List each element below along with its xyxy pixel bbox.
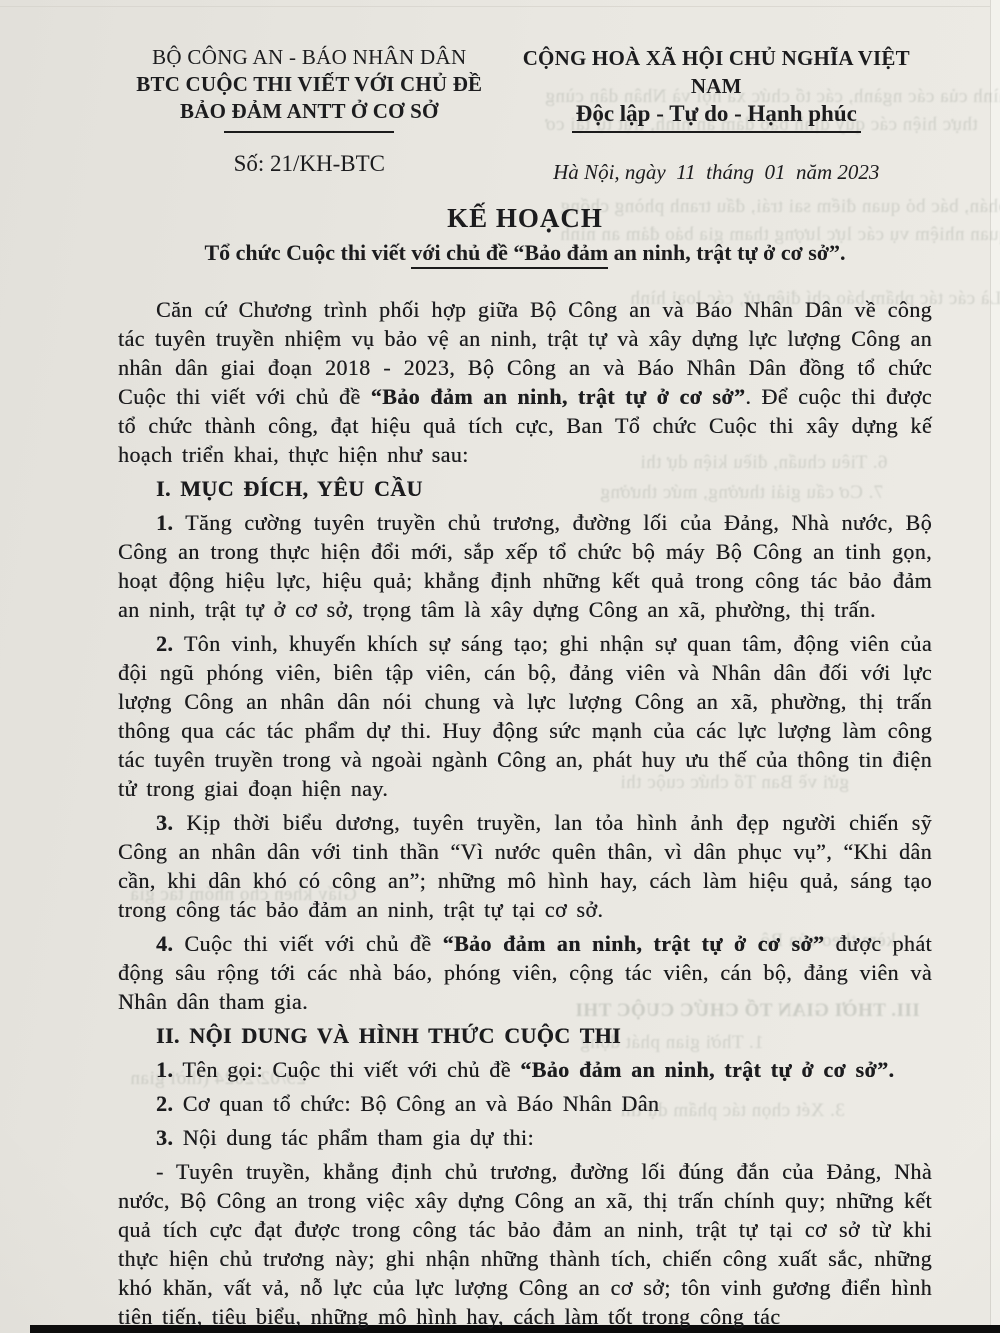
org-name-line1: BỘ CÔNG AN - BÁO NHÂN DÂN bbox=[118, 44, 501, 71]
item-text: Tăng cường tuyên truyền chủ trương, đườn… bbox=[118, 510, 932, 622]
section1-item4: 4. Cuộc thi viết với chủ đề “Bảo đảm an … bbox=[118, 929, 932, 1016]
org-name-line2: BTC CUỘC THI VIẾT VỚI CHỦ ĐỀ bbox=[118, 71, 501, 98]
document-header: BỘ CÔNG AN - BÁO NHÂN DÂN BTC CUỘC THI V… bbox=[118, 44, 932, 185]
item-text: Cơ quan tổ chức: Bộ Công an và Báo Nhân … bbox=[173, 1091, 659, 1116]
item-number: 1. bbox=[156, 510, 173, 535]
item-number: 2. bbox=[156, 631, 173, 656]
national-motto: Độc lập - Tự do - Hạnh phúc bbox=[572, 100, 861, 133]
item-number: 3. bbox=[156, 810, 173, 835]
item-number: 4. bbox=[156, 931, 173, 956]
section2-heading: II. NỘI DUNG VÀ HÌNH THỨC CUỘC THI bbox=[118, 1021, 932, 1050]
item-text: Tên gọi: Cuộc thi viết với chủ đề bbox=[173, 1057, 520, 1082]
org-divider-rule bbox=[224, 131, 394, 133]
item-bold-theme: “Bảo đảm an ninh, trật tự ở cơ sở”. bbox=[520, 1057, 894, 1082]
item-text: Tôn vinh, khuyến khích sự sáng tạo; ghi … bbox=[118, 631, 932, 801]
section2-bullet1: - Tuyên truyền, khẳng định chủ trương, đ… bbox=[118, 1157, 932, 1331]
section2-item3: 3. Nội dung tác phẩm tham gia dự thi: bbox=[118, 1123, 932, 1152]
subtitle-post: an ninh, trật tự ở cơ sở”. bbox=[608, 240, 845, 265]
subtitle-pre: Tổ chức Cuộc thi viết bbox=[204, 240, 411, 265]
item-number: 1. bbox=[156, 1057, 173, 1082]
item-bold-theme: “Bảo đảm an ninh, trật tự ở cơ sở” bbox=[443, 931, 825, 956]
issuing-org-block: BỘ CÔNG AN - BÁO NHÂN DÂN BTC CUỘC THI V… bbox=[118, 44, 501, 185]
document-title: KẾ HOẠCH bbox=[118, 201, 932, 235]
item-number: 3. bbox=[156, 1125, 173, 1150]
item-number: 2. bbox=[156, 1091, 173, 1116]
item-text: Cuộc thi viết với chủ đề bbox=[173, 931, 442, 956]
section2-item1: 1. Tên gọi: Cuộc thi viết với chủ đề “Bả… bbox=[118, 1055, 932, 1084]
document-subtitle: Tổ chức Cuộc thi viết với chủ đề “Bảo đả… bbox=[118, 237, 932, 269]
national-title: CỘNG HOÀ XÃ HỘI CHỦ NGHĨA VIỆT NAM bbox=[501, 44, 932, 100]
national-motto-block: CỘNG HOÀ XÃ HỘI CHỦ NGHĨA VIỆT NAM Độc l… bbox=[501, 44, 932, 185]
scanned-document-page: tình hình của các ngành, các tổ chức xã … bbox=[0, 0, 1000, 1333]
scan-top-edge bbox=[0, 6, 1000, 7]
intro-paragraph: Căn cứ Chương trình phối hợp giữa Bộ Côn… bbox=[118, 295, 932, 469]
subtitle-underlined-segment: với chủ đề “Bảo đảm bbox=[411, 240, 608, 269]
intro-bold-theme: “Bảo đảm an ninh, trật tự ở cơ sở” bbox=[371, 384, 746, 409]
title-block: KẾ HOẠCH Tổ chức Cuộc thi viết với chủ đ… bbox=[118, 201, 932, 269]
item-text: Kịp thời biểu dương, tuyên truyền, lan t… bbox=[118, 810, 932, 922]
section1-heading: I. MỤC ĐÍCH, YÊU CẦU bbox=[118, 474, 932, 503]
section1-item2: 2. Tôn vinh, khuyến khích sự sáng tạo; g… bbox=[118, 629, 932, 803]
item-text: Nội dung tác phẩm tham gia dự thi: bbox=[173, 1125, 534, 1150]
section1-item3: 3. Kịp thời biểu dương, tuyên truyền, la… bbox=[118, 808, 932, 924]
document-body: Căn cứ Chương trình phối hợp giữa Bộ Côn… bbox=[118, 295, 932, 1331]
section2-item2: 2. Cơ quan tổ chức: Bộ Công an và Báo Nh… bbox=[118, 1089, 932, 1118]
place-dateline: Hà Nội, ngày 11 tháng 01 năm 2023 bbox=[501, 160, 932, 185]
org-name-line3: BẢO ĐẢM ANTT Ở CƠ SỞ bbox=[118, 98, 501, 125]
section1-item1: 1. Tăng cường tuyên truyền chủ trương, đ… bbox=[118, 508, 932, 624]
document-content: BỘ CÔNG AN - BÁO NHÂN DÂN BTC CUỘC THI V… bbox=[118, 44, 932, 1333]
document-number: Số: 21/KH-BTC bbox=[118, 150, 501, 177]
